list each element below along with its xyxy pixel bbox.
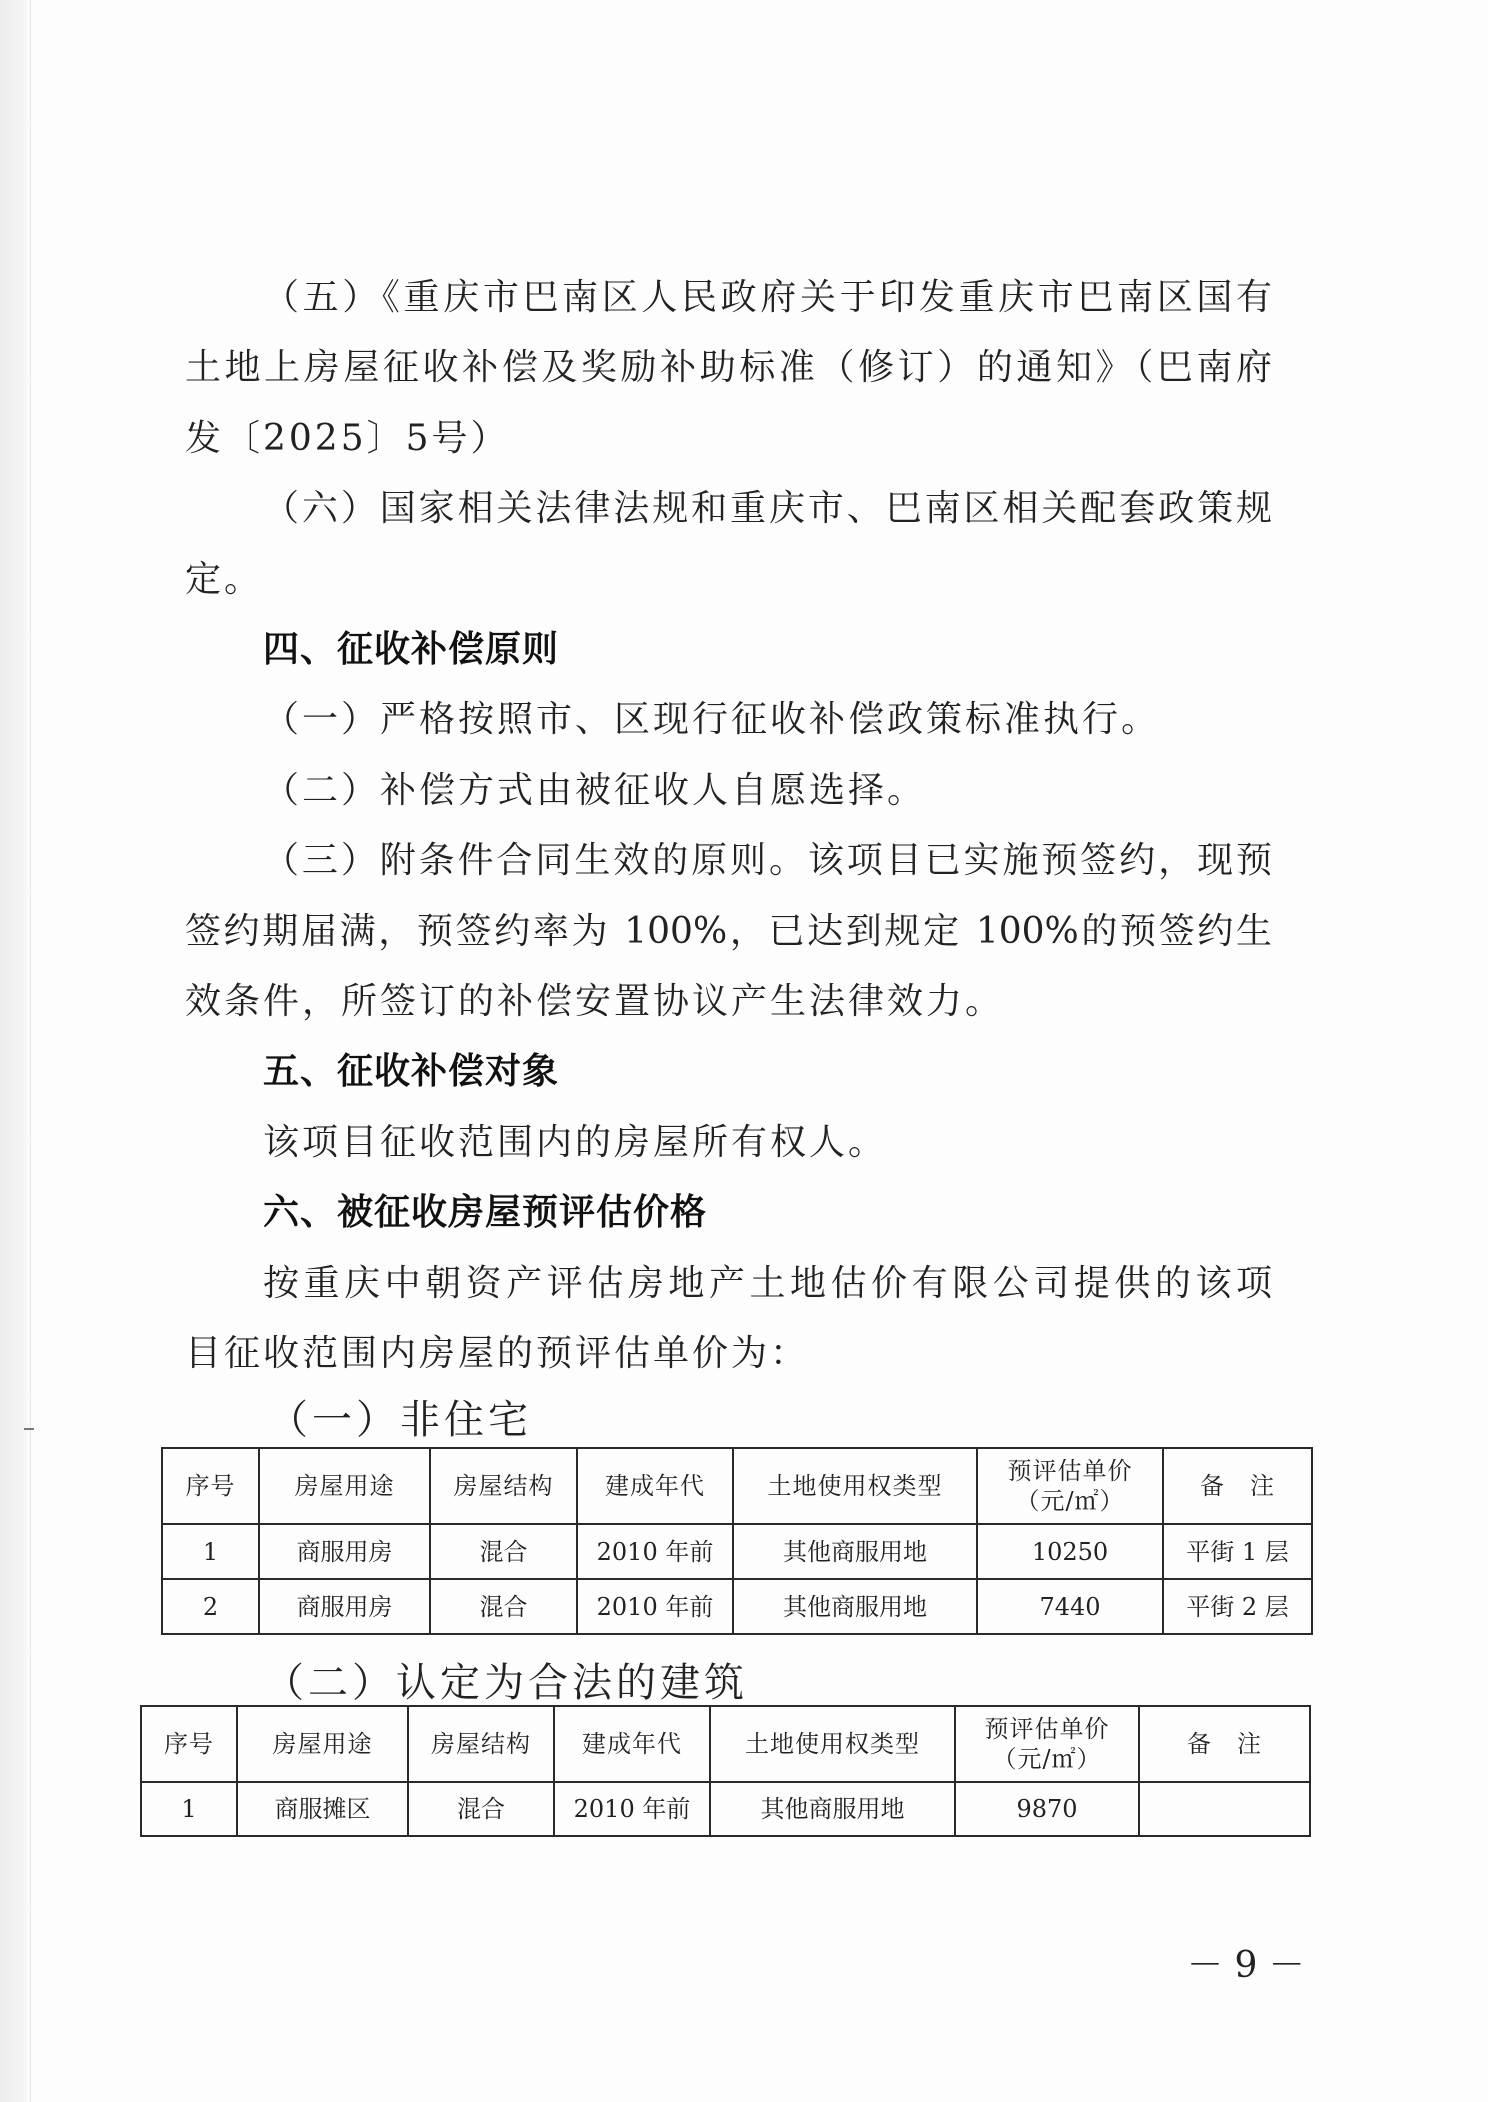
cell-structure: 混合 <box>430 1524 577 1579</box>
cell-unit-price: 10250 <box>977 1524 1163 1579</box>
cell-remarks <box>1139 1782 1310 1836</box>
header-use: 房屋用途 <box>237 1706 408 1782</box>
body-line-5: 定。 <box>185 552 263 608</box>
table-header-row: 序号 房屋用途 房屋结构 建成年代 土地使用权类型 预评估单价（元/㎡） 备 注 <box>141 1706 1310 1782</box>
section-heading-objects: 五、征收补偿对象 <box>263 1044 559 1100</box>
cell-built-era: 2010 年前 <box>577 1579 733 1634</box>
cell-use: 商服用房 <box>259 1579 430 1634</box>
table-row: 1 商服用房 混合 2010 年前 其他商服用地 10250 平街 1 层 <box>162 1524 1312 1579</box>
cell-built-era: 2010 年前 <box>577 1524 733 1579</box>
header-built-era: 建成年代 <box>554 1706 710 1782</box>
principle-item-3-line-1: （三）附条件合同生效的原则。该项目已实施预签约，现预 <box>263 833 1272 889</box>
header-seq: 序号 <box>141 1706 237 1782</box>
section-heading-principles: 四、征收补偿原则 <box>263 622 559 678</box>
cell-land-type: 其他商服用地 <box>733 1524 977 1579</box>
scan-edge-strip <box>0 0 31 2102</box>
cell-land-type: 其他商服用地 <box>710 1782 955 1836</box>
header-remarks: 备 注 <box>1163 1448 1312 1524</box>
table-header-row: 序号 房屋用途 房屋结构 建成年代 土地使用权类型 预评估单价（元/㎡） 备 注 <box>162 1448 1312 1524</box>
prices-intro-line-2: 目征收范围内房屋的预评估单价为： <box>185 1326 809 1382</box>
header-unit-price: 预评估单价（元/㎡） <box>955 1706 1139 1782</box>
cell-structure: 混合 <box>430 1579 577 1634</box>
principle-item-1: （一）严格按照市、区现行征收补偿政策标准执行。 <box>263 692 1160 748</box>
cell-structure: 混合 <box>408 1782 554 1836</box>
header-structure: 房屋结构 <box>408 1706 554 1782</box>
cell-unit-price: 9870 <box>955 1782 1139 1836</box>
header-unit-price-label: 预评估单价 <box>956 1714 1138 1744</box>
cell-seq: 1 <box>141 1782 237 1836</box>
table1-title: （一）非住宅 <box>268 1390 532 1450</box>
header-land-type: 土地使用权类型 <box>710 1706 955 1782</box>
cell-seq: 1 <box>162 1524 259 1579</box>
scan-mark <box>24 1428 34 1430</box>
cell-use: 商服用房 <box>259 1524 430 1579</box>
header-land-type: 土地使用权类型 <box>733 1448 977 1524</box>
header-built-era: 建成年代 <box>577 1448 733 1524</box>
cell-unit-price: 7440 <box>977 1579 1163 1634</box>
cell-seq: 2 <box>162 1579 259 1634</box>
page-number: － 9 － <box>1187 1944 1273 1988</box>
cell-land-type: 其他商服用地 <box>733 1579 977 1634</box>
section-heading-prices: 六、被征收房屋预评估价格 <box>263 1185 707 1241</box>
principle-item-2: （二）补偿方式由被征收人自愿选择。 <box>263 763 926 819</box>
prices-intro-line-1: 按重庆中朝资产评估房地产土地估价有限公司提供的该项 <box>263 1256 1272 1312</box>
table2-title: （二）认定为合法的建筑 <box>264 1653 748 1713</box>
body-line-3: 发〔2025〕5号） <box>185 411 510 467</box>
header-remarks: 备 注 <box>1139 1706 1310 1782</box>
table-row: 1 商服摊区 混合 2010 年前 其他商服用地 9870 <box>141 1782 1310 1836</box>
header-seq: 序号 <box>162 1448 259 1524</box>
body-line-1: （五）《重庆市巴南区人民政府关于印发重庆市巴南区国有 <box>263 270 1272 326</box>
objects-text: 该项目征收范围内的房屋所有权人。 <box>263 1115 887 1171</box>
body-line-2: 土地上房屋征收补偿及奖励补助标准（修订）的通知》（巴南府 <box>185 340 1272 396</box>
cell-remarks: 平街 1 层 <box>1163 1524 1312 1579</box>
header-use: 房屋用途 <box>259 1448 430 1524</box>
cell-use: 商服摊区 <box>237 1782 408 1836</box>
principle-item-3-line-2: 签约期届满，预签约率为 100%，已达到规定 100%的预签约生 <box>185 904 1272 960</box>
header-unit-price: 预评估单价（元/㎡） <box>977 1448 1163 1524</box>
table-legal-buildings: 序号 房屋用途 房屋结构 建成年代 土地使用权类型 预评估单价（元/㎡） 备 注… <box>140 1705 1311 1837</box>
table-row: 2 商服用房 混合 2010 年前 其他商服用地 7440 平街 2 层 <box>162 1579 1312 1634</box>
header-unit-price-unit: （元/㎡） <box>956 1744 1138 1774</box>
cell-built-era: 2010 年前 <box>554 1782 710 1836</box>
cell-remarks: 平街 2 层 <box>1163 1579 1312 1634</box>
header-unit-price-label: 预评估单价 <box>978 1456 1162 1486</box>
body-line-4: （六）国家相关法律法规和重庆市、巴南区相关配套政策规 <box>263 481 1272 537</box>
header-structure: 房屋结构 <box>430 1448 577 1524</box>
header-unit-price-unit: （元/㎡） <box>978 1486 1162 1516</box>
principle-item-3-line-3: 效条件，所签订的补偿安置协议产生法律效力。 <box>185 974 1004 1030</box>
table-non-residential: 序号 房屋用途 房屋结构 建成年代 土地使用权类型 预评估单价（元/㎡） 备 注… <box>161 1447 1313 1635</box>
